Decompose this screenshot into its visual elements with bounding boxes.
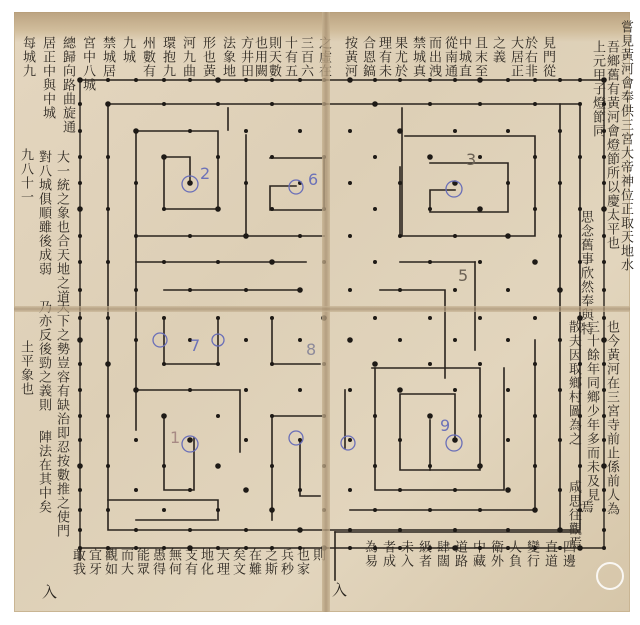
number-label-1: 1 — [170, 428, 180, 447]
number-label-5: 5 — [458, 266, 468, 285]
number-label-6: 6 — [308, 170, 318, 189]
number-label-8: 8 — [306, 340, 316, 359]
horizontal-fold-line — [14, 306, 630, 312]
vertical-fold-line — [322, 12, 330, 612]
circle-logo-icon — [596, 562, 624, 590]
number-label-9: 9 — [440, 416, 450, 435]
number-label-7: 7 — [190, 336, 200, 355]
number-label-3: 3 — [466, 150, 476, 169]
number-label-2: 2 — [200, 164, 210, 183]
maze-diagram — [0, 0, 640, 625]
